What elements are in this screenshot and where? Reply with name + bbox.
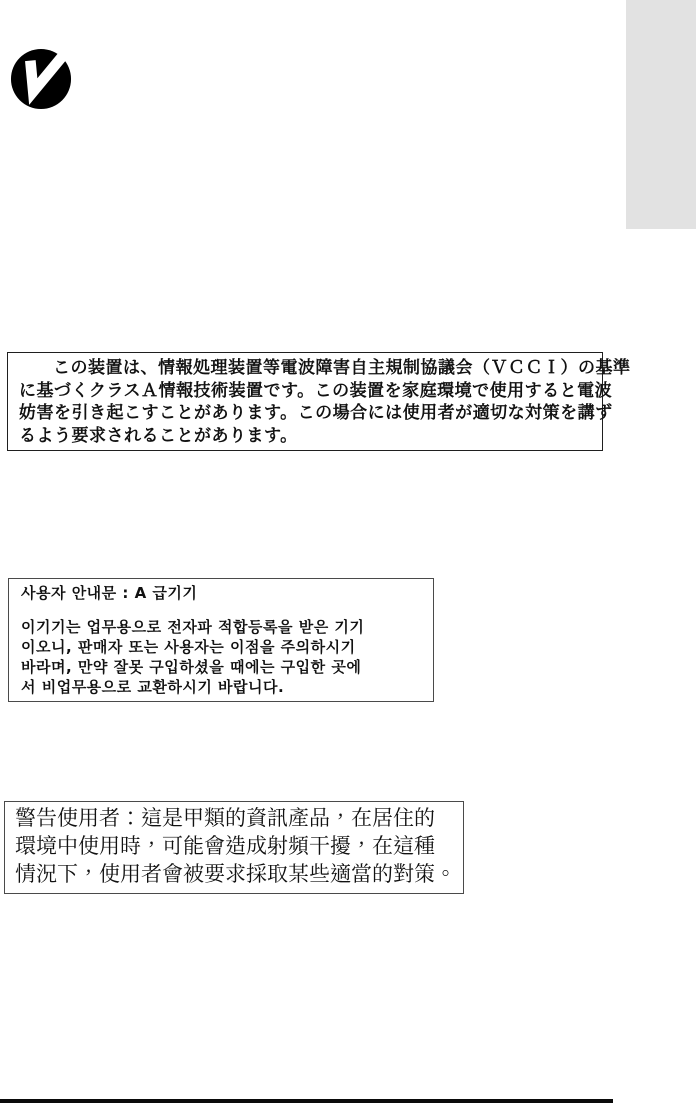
korean-notice-header: 사용자 안내문 : A 급기기: [21, 584, 421, 602]
chinese-warning-line: 情況下，使用者會被要求採取某些適當的對策。: [15, 860, 453, 888]
chinese-warning-line: 警告使用者：這是甲類的資訊產品，在居住的: [15, 804, 453, 832]
korean-notice-line: 바라며, 만약 잘못 구입하셨을 때에는 구입한 곳에: [21, 657, 421, 677]
chinese-warning-line: 環境中使用時，可能會造成射頻干擾，在這種: [15, 832, 453, 860]
vcci-notice-box: この装置は、情報処理装置等電波障害自主規制協議会（ＶＣＣＩ）の基準 に基づくクラ…: [7, 352, 603, 451]
vcci-line: に基づくクラスＡ情報技術装置です。この装置を家庭環境で使用すると電波: [19, 380, 591, 403]
vcci-line: この装置は、情報処理装置等電波障害自主規制協議会（ＶＣＣＩ）の基準: [19, 357, 591, 380]
manual-page: この装置は、情報処理装置等電波障害自主規制協議会（ＶＣＣＩ）の基準 に基づくクラ…: [0, 0, 696, 1108]
vcci-line: るよう要求されることがあります。: [19, 425, 591, 448]
vcci-line: 妨害を引き起こすことがあります。この場合には使用者が適切な対策を講ず: [19, 402, 591, 425]
korean-notice-box: 사용자 안내문 : A 급기기 이기기는 업무용으로 전자파 적합등록을 받은 …: [8, 578, 434, 702]
footer-rule: [0, 1099, 613, 1103]
korean-notice-line: 이기기는 업무용으로 전자파 적합등록을 받은 기기: [21, 617, 421, 637]
korean-notice-line: 서 비업무용으로 교환하시기 바랍니다.: [21, 677, 421, 697]
korean-notice-line: 이오니, 판매자 또는 사용자는 이점을 주의하시기: [21, 637, 421, 657]
c-tick-compliance-icon: [10, 48, 72, 110]
chapter-thumb-tab: [626, 0, 696, 229]
chinese-warning-box: 警告使用者：這是甲類的資訊產品，在居住的 環境中使用時，可能會造成射頻干擾，在這…: [4, 801, 464, 894]
